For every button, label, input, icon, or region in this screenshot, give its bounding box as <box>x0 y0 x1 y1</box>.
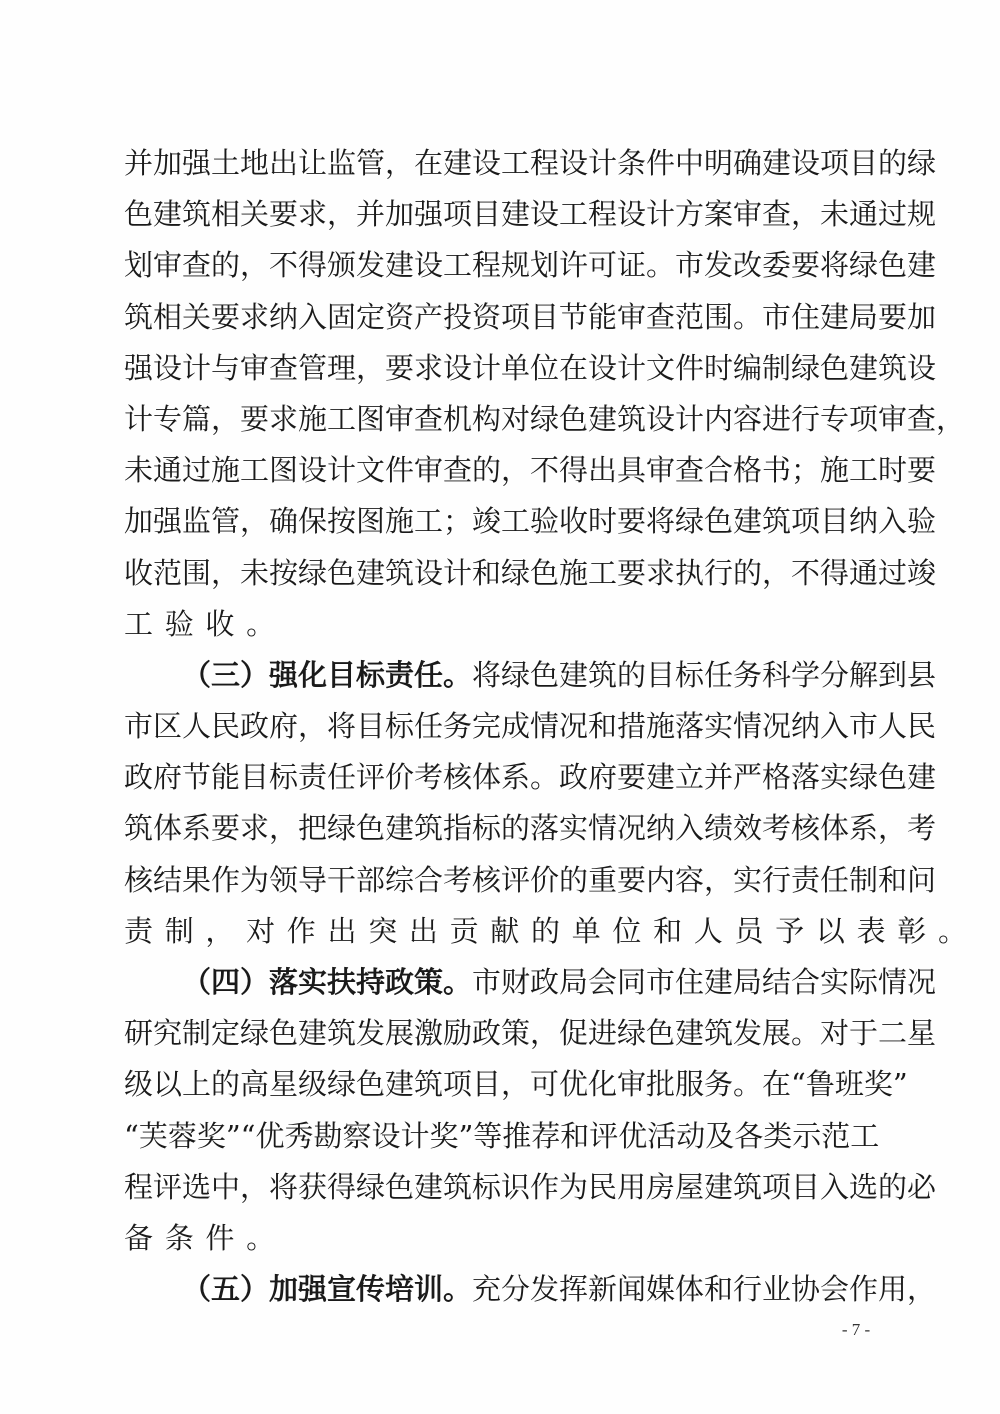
paragraph-line: 工验收。 <box>124 599 876 650</box>
paragraph-line: 备条件。 <box>124 1213 876 1264</box>
section-5-first-line: （五）加强宣传培训。充分发挥新闻媒体和行业协会作用， <box>124 1264 876 1315</box>
paragraph-line: 程评选中，将获得绿色建筑标识作为民用房屋建筑项目入选的必 <box>124 1162 876 1213</box>
section-5-text: 充分发挥新闻媒体和行业协会作用， <box>472 1272 936 1306</box>
section-3-first-line: （三）强化目标责任。将绿色建筑的目标任务科学分解到县 <box>124 650 876 701</box>
section-3-text: 将绿色建筑的目标任务科学分解到县 <box>472 658 936 692</box>
paragraph-line: 计专篇，要求施工图审查机构对绿色建筑设计内容进行专项审查， <box>124 394 876 445</box>
paragraph-line: 加强监管，确保按图施工；竣工验收时要将绿色建筑项目纳入验 <box>124 496 876 547</box>
paragraph-line: 划审查的，不得颁发建设工程规划许可证。市发改委要将绿色建 <box>124 240 876 291</box>
section-5-heading: （五）加强宣传培训。 <box>182 1272 472 1306</box>
section-4-heading: （四）落实扶持政策。 <box>182 965 472 999</box>
paragraph-line: 筑相关要求纳入固定资产投资项目节能审查范围。市住建局要加 <box>124 292 876 343</box>
document-page: 并加强土地出让监管，在建设工程设计条件中明确建设项目的绿 色建筑相关要求，并加强… <box>0 0 1000 1414</box>
paragraph-line: 收范围，未按绿色建筑设计和绿色施工要求执行的，不得通过竣 <box>124 548 876 599</box>
section-3-heading: （三）强化目标责任。 <box>182 658 472 692</box>
paragraph-line: 筑体系要求，把绿色建筑指标的落实情况纳入绩效考核体系，考 <box>124 803 876 854</box>
paragraph-line: 责制，对作出突出贡献的单位和人员予以表彰。 <box>124 906 876 957</box>
paragraph-line: “芙蓉奖”“优秀勘察设计奖”等推荐和评优活动及各类示范工 <box>124 1111 876 1162</box>
paragraph-line: 市区人民政府，将目标任务完成情况和措施落实情况纳入市人民 <box>124 701 876 752</box>
section-4-first-line: （四）落实扶持政策。市财政局会同市住建局结合实际情况 <box>124 957 876 1008</box>
paragraph-line: 研究制定绿色建筑发展激励政策，促进绿色建筑发展。对于二星 <box>124 1008 876 1059</box>
document-body: 并加强土地出让监管，在建设工程设计条件中明确建设项目的绿 色建筑相关要求，并加强… <box>124 138 876 1315</box>
page-number: - 7 - <box>836 1320 876 1340</box>
paragraph-line: 未通过施工图设计文件审查的，不得出具审查合格书；施工时要 <box>124 445 876 496</box>
section-4-text: 市财政局会同市住建局结合实际情况 <box>472 965 936 999</box>
paragraph-line: 色建筑相关要求，并加强项目建设工程设计方案审查，未通过规 <box>124 189 876 240</box>
paragraph-line: 强设计与审查管理，要求设计单位在设计文件时编制绿色建筑设 <box>124 343 876 394</box>
paragraph-line: 政府节能目标责任评价考核体系。政府要建立并严格落实绿色建 <box>124 752 876 803</box>
paragraph-line: 核结果作为领导干部综合考核评价的重要内容，实行责任制和问 <box>124 855 876 906</box>
paragraph-line: 级以上的高星级绿色建筑项目，可优化审批服务。在“鲁班奖” <box>124 1059 876 1110</box>
paragraph-line: 并加强土地出让监管，在建设工程设计条件中明确建设项目的绿 <box>124 138 876 189</box>
